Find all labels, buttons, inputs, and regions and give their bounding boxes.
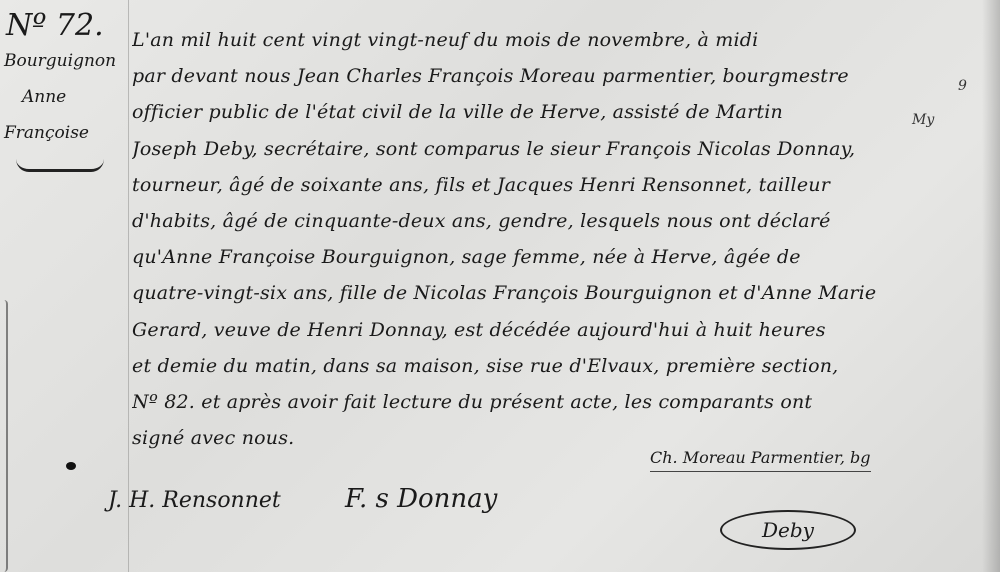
ink-dot xyxy=(66,462,76,470)
body-line: et demie du matin, dans sa maison, sise … xyxy=(132,348,982,384)
margin-surname: Bourguignon xyxy=(4,43,126,79)
body-line: officier public de l'état civil de la vi… xyxy=(132,94,982,130)
signature-witness-1: J. H. Rensonnet xyxy=(108,488,281,513)
body-line: quatre-vingt-six ans, fille de Nicolas F… xyxy=(132,275,982,311)
entry-number: Nº 72. xyxy=(6,8,126,43)
body-line: tourneur, âgé de soixante ans, fils et J… xyxy=(132,167,982,203)
signature-secretary: Deby xyxy=(720,510,856,550)
brace-flourish xyxy=(16,159,104,172)
margin-rule xyxy=(128,0,129,572)
margin-annotation: My xyxy=(912,112,934,128)
margin-column: Nº 72. Bourguignon Anne Françoise xyxy=(4,8,126,172)
body-line: L'an mil huit cent vingt vingt-neuf du m… xyxy=(132,22,982,58)
margin-annotation: 9 xyxy=(958,78,967,94)
margin-given-name-2: Françoise xyxy=(4,115,126,151)
body-line: Joseph Deby, secrétaire, sont comparus l… xyxy=(132,131,982,167)
signature-witness-2: F. s Donnay xyxy=(345,484,497,514)
page-edge-right xyxy=(982,0,1000,572)
body-line: d'habits, âgé de cinquante-deux ans, gen… xyxy=(132,203,982,239)
signature-officer: Ch. Moreau Parmentier, bg xyxy=(650,448,871,472)
margin-given-name-1: Anne xyxy=(4,79,126,115)
body-line: Nº 82. et après avoir fait lecture du pr… xyxy=(132,384,982,420)
body-line: Gerard, veuve de Henri Donnay, est décéd… xyxy=(132,312,982,348)
body-line: qu'Anne Françoise Bourguignon, sage femm… xyxy=(132,239,982,275)
page-edge-left xyxy=(0,300,8,572)
register-page: Nº 72. Bourguignon Anne Françoise L'an m… xyxy=(0,0,1000,572)
body-line: par devant nous Jean Charles François Mo… xyxy=(132,58,982,94)
entry-body: L'an mil huit cent vingt vingt-neuf du m… xyxy=(132,22,982,456)
